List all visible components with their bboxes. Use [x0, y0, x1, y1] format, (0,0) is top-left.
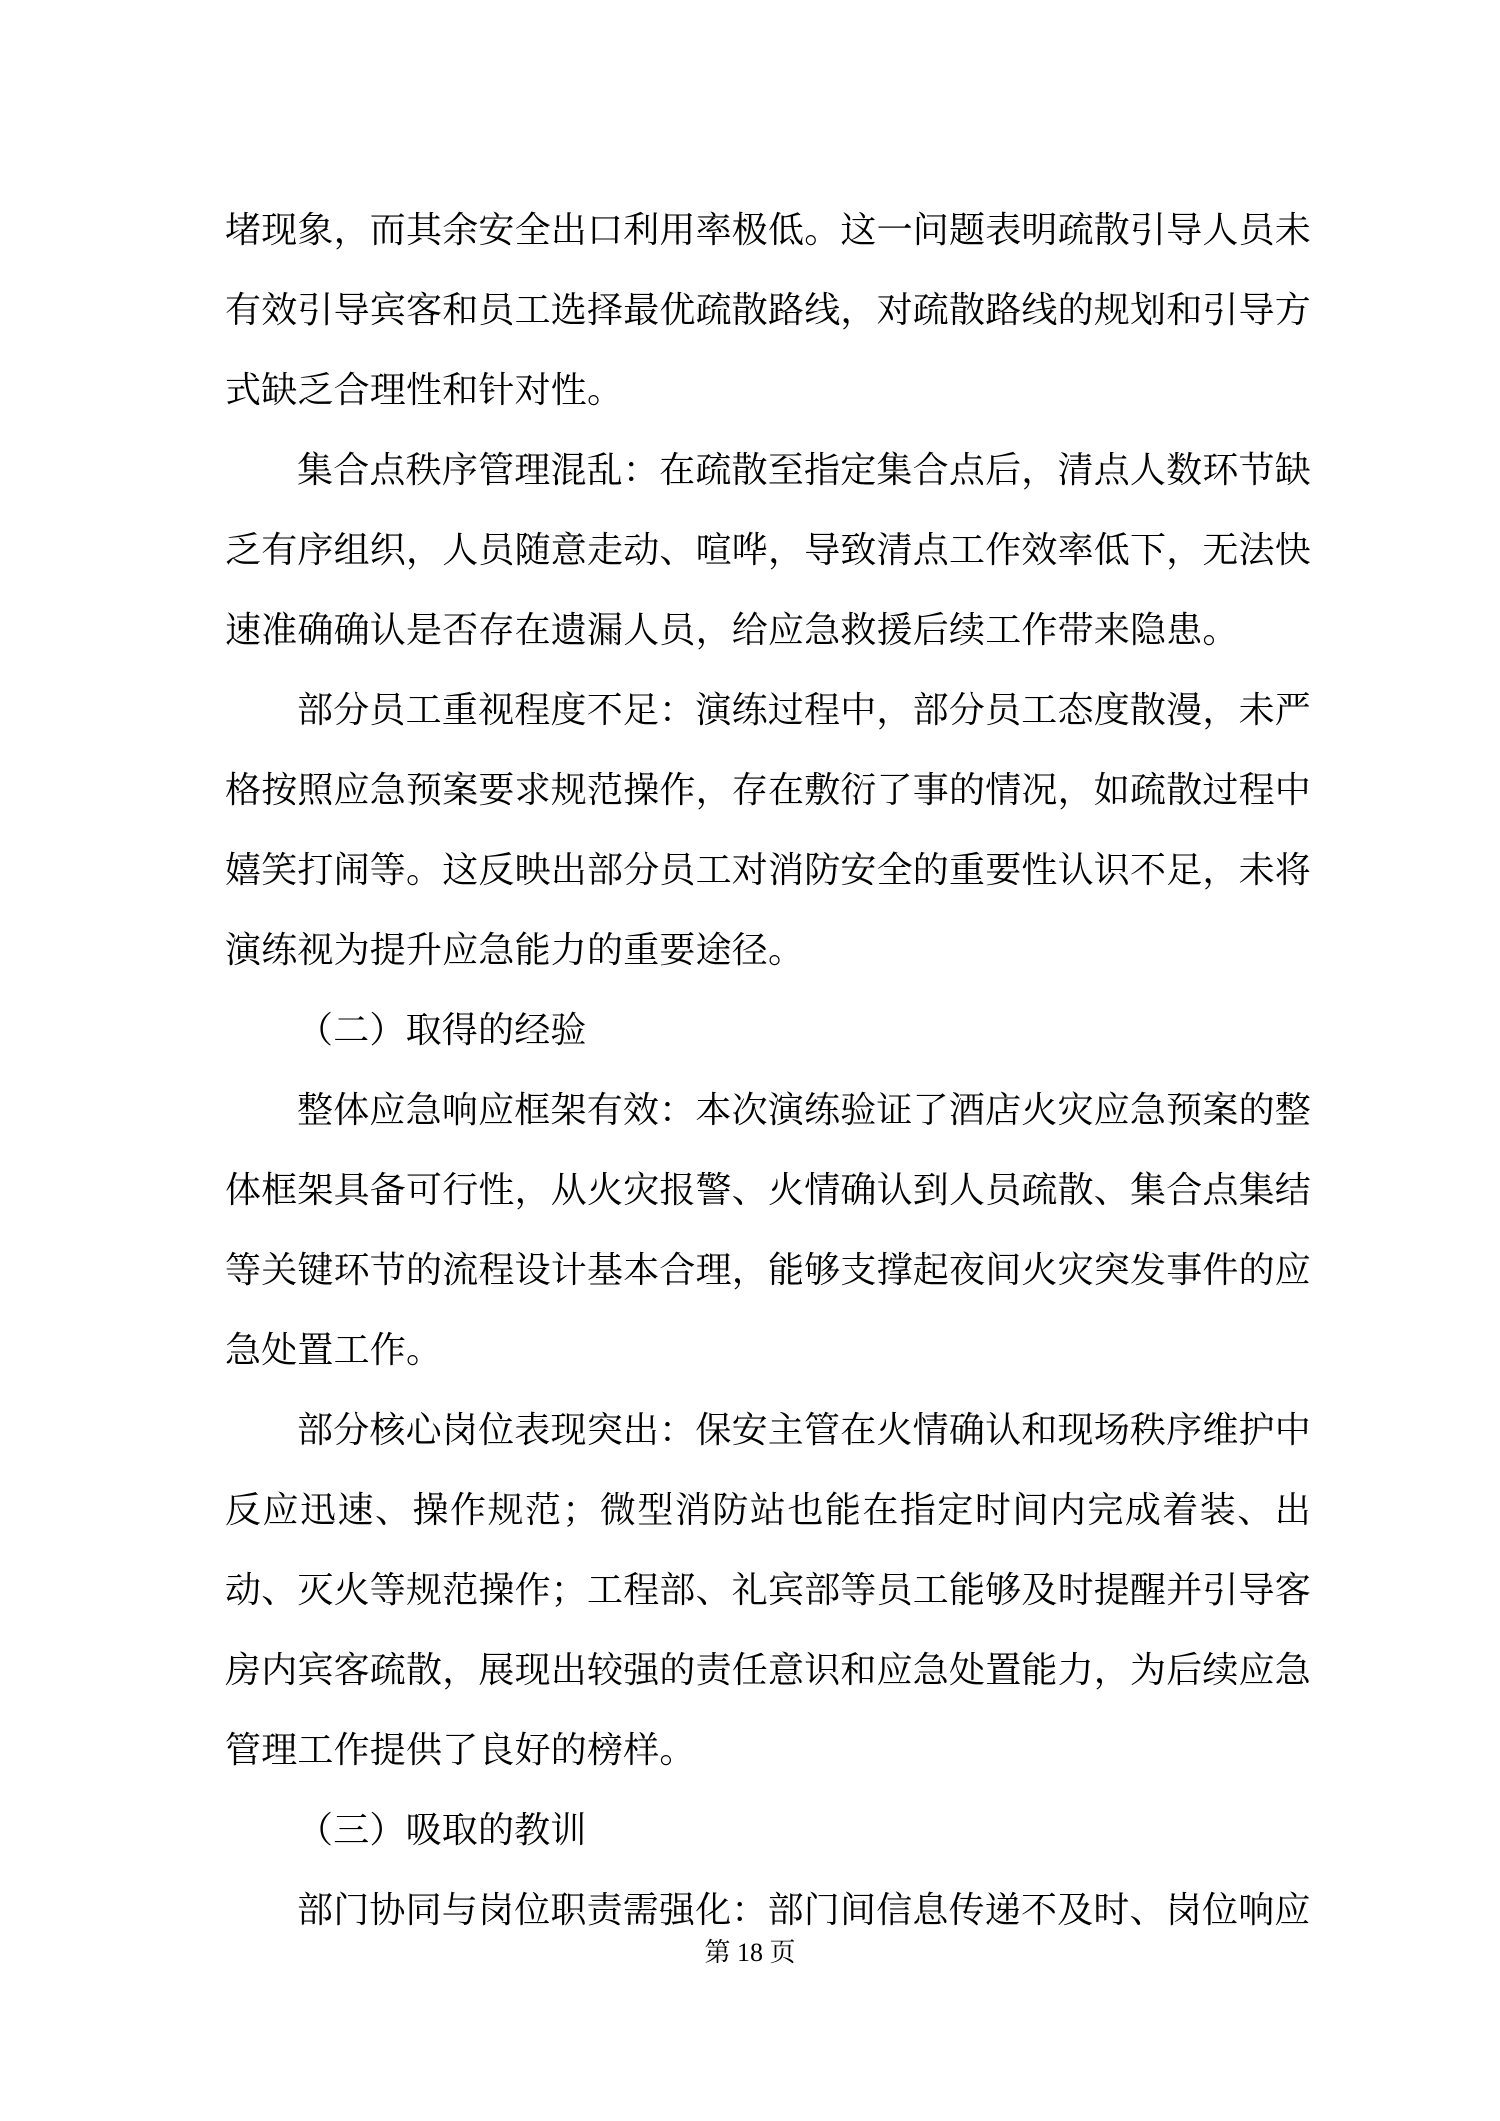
- paragraph-continuation: 堵现象，而其余安全出口利用率极低。这一问题表明疏散引导人员未有效引导宾客和员工选…: [225, 190, 1311, 430]
- paragraph-key-positions: 部分核心岗位表现突出：保安主管在火情确认和现场秩序维护中反应迅速、操作规范；微型…: [225, 1390, 1311, 1790]
- section-heading-lessons: （三）吸取的教训: [225, 1790, 1311, 1870]
- page-number: 第 18 页: [0, 1936, 1500, 1970]
- document-page: 堵现象，而其余安全出口利用率极低。这一问题表明疏散引导人员未有效引导宾客和员工选…: [0, 0, 1500, 2121]
- section-heading-experience: （二）取得的经验: [225, 990, 1311, 1070]
- paragraph-assembly-point-issue: 集合点秩序管理混乱：在疏散至指定集合点后，清点人数环节缺乏有序组织，人员随意走动…: [225, 430, 1311, 670]
- paragraph-staff-attitude-issue: 部分员工重视程度不足：演练过程中，部分员工态度散漫，未严格按照应急预案要求规范操…: [225, 670, 1311, 990]
- document-body: 堵现象，而其余安全出口利用率极低。这一问题表明疏散引导人员未有效引导宾客和员工选…: [225, 190, 1311, 1950]
- paragraph-framework-effective: 整体应急响应框架有效：本次演练验证了酒店火灾应急预案的整体框架具备可行性，从火灾…: [225, 1070, 1311, 1390]
